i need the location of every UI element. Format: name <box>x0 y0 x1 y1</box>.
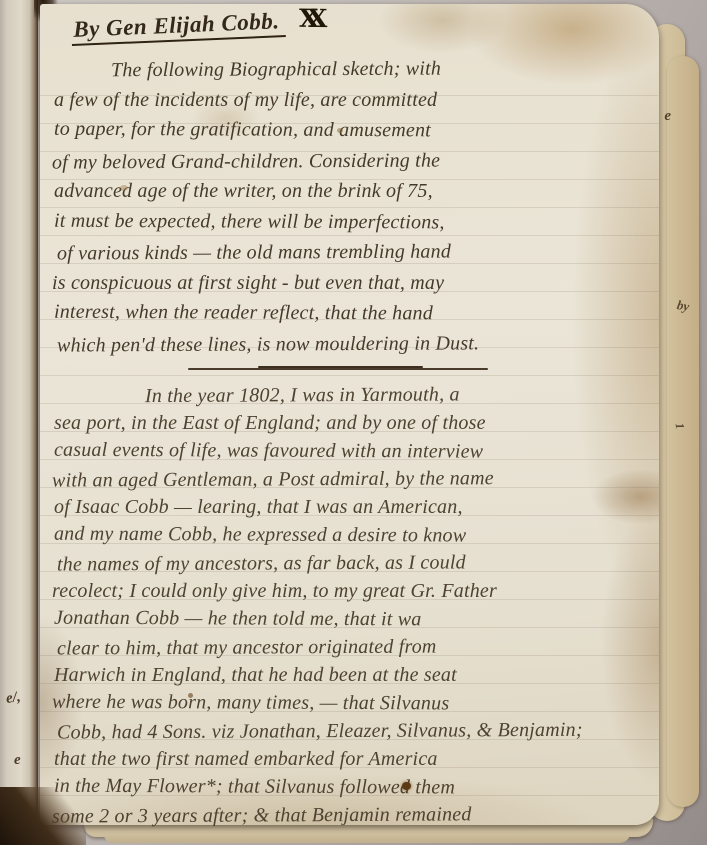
manuscript-text: By Gen Elijah Cobb.XX The following Biog… <box>46 12 657 821</box>
margin-ink-mark: e/, <box>5 689 22 707</box>
text-line: which pen'd these lines, is now moulderi… <box>49 327 657 361</box>
text-line: some 2 or 3 years after; & that Benjamin… <box>44 799 657 830</box>
paragraph-yarmouth-account: In the year 1802, I was in Yarmouth, ase… <box>46 381 657 829</box>
attribution-row: By Gen Elijah Cobb.XX <box>71 0 657 46</box>
text-line: recolect; I could only give him, to my g… <box>44 577 657 605</box>
crossed-x-mark: XX <box>299 6 328 31</box>
paragraph-introduction: The following Biographical sketch; witha… <box>46 54 657 359</box>
text-line: is conspicuous at first sight - but even… <box>44 268 657 299</box>
text-line: of my beloved Grand-children. Considerin… <box>44 144 657 178</box>
text-line: it must be expected, there will be imper… <box>46 205 657 238</box>
section-divider <box>188 367 488 371</box>
text-line: with an aged Gentleman, a Post admiral, … <box>44 463 657 494</box>
text-line: a few of the incidents of my life, are c… <box>46 85 657 116</box>
text-line: in the May Flower*; that Silvanus follow… <box>46 772 657 803</box>
text-line: that the two first named embarked for Am… <box>46 745 657 773</box>
text-line: of various kinds — the old mans tremblin… <box>49 235 657 269</box>
manuscript-page: By Gen Elijah Cobb.XX The following Biog… <box>40 4 659 825</box>
ink-blot <box>402 782 411 790</box>
text-line: casual events of life, was favoured with… <box>46 436 657 467</box>
text-line: Cobb, had 4 Sons. viz Jonathan, Eleazer,… <box>49 715 657 746</box>
text-line: advanced age of the writer, on the brink… <box>46 176 657 207</box>
attribution-line: By Gen Elijah Cobb. <box>71 7 286 46</box>
facing-page-edge <box>0 0 38 845</box>
text-line: the names of my ancestors, as far back, … <box>49 547 657 578</box>
margin-ink-mark: by <box>675 297 690 315</box>
text-line: where he was born, many times, — that Si… <box>44 688 657 719</box>
text-line: In the year 1802, I was in Yarmouth, a <box>49 379 657 410</box>
text-line: to paper, for the gratification, and amu… <box>46 114 657 147</box>
ink-blot <box>337 128 343 133</box>
text-line: The following Biographical sketch; with <box>49 52 657 86</box>
text-line: clear to him, that my ancestor originate… <box>49 631 657 662</box>
text-line: sea port, in the East of England; and by… <box>46 409 657 437</box>
margin-ink-mark: e <box>664 108 671 124</box>
text-line: of Isaac Cobb — learing, that I was an A… <box>46 493 657 521</box>
photograph-of-manuscript: By Gen Elijah Cobb.XX The following Biog… <box>0 0 707 845</box>
text-line: Harwich in England, that he had been at … <box>46 661 657 689</box>
ink-blot <box>188 693 193 698</box>
ink-blot <box>120 185 128 191</box>
text-line: Jonathan Cobb — he then told me, that it… <box>46 604 657 635</box>
text-line: and my name Cobb, he expressed a desire … <box>46 520 657 551</box>
binding-bottom-corner <box>0 787 86 845</box>
divider-line-overlap <box>258 366 423 368</box>
text-line: interest, when the reader reflect, that … <box>46 297 657 330</box>
divider-line <box>188 368 488 370</box>
page-stack-edge <box>104 831 631 843</box>
margin-ink-mark: e <box>14 752 21 768</box>
page-stack-edge <box>667 56 699 807</box>
